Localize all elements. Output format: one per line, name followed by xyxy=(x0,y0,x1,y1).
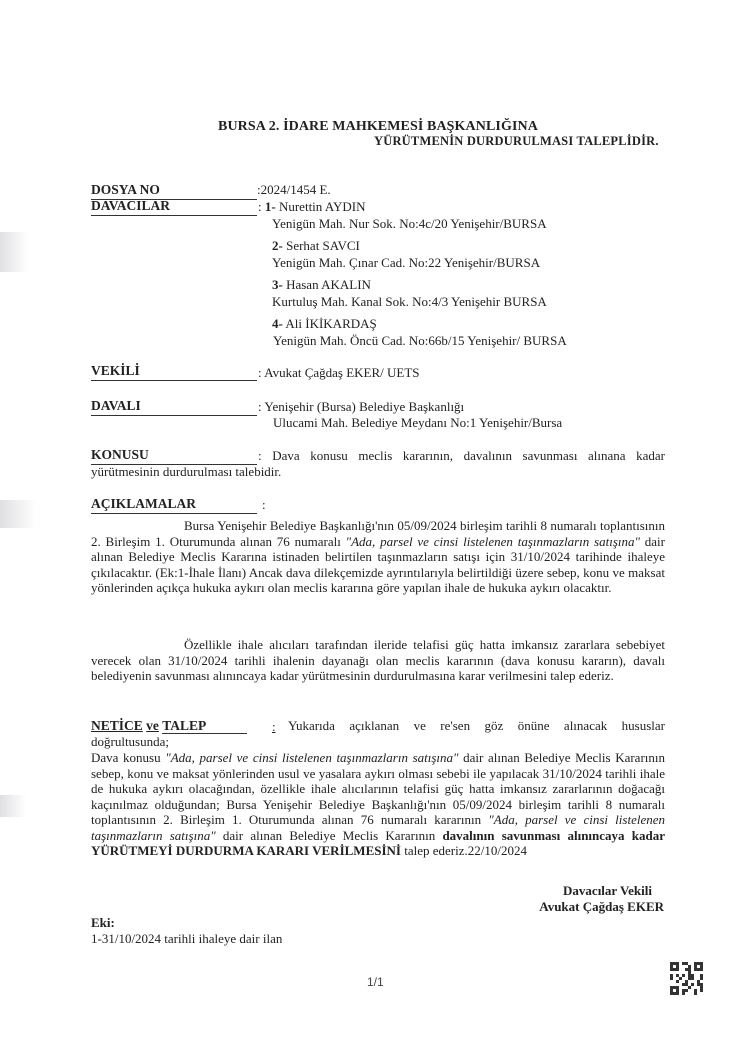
file-no-label: DOSYA NO xyxy=(91,182,160,198)
attachment-item: 1-31/10/2024 tarihli ihaleye dair ilan xyxy=(91,931,282,947)
scan-artifact xyxy=(0,500,36,528)
scan-artifact xyxy=(0,795,26,817)
file-no-value: :2024/1454 E. xyxy=(257,181,331,198)
plaintiff-name: Hasan AKALIN xyxy=(286,277,371,292)
plaintiff-number: 3- xyxy=(272,277,283,292)
subject-line-1: : Dava konusu meclis kararının, davalını… xyxy=(258,447,665,464)
plaintiff-name: Serhat SAVCI xyxy=(286,238,360,253)
defendant-address: Ulucami Mah. Belediye Meydanı No:1 Yeniş… xyxy=(273,414,562,431)
decision-title-quote: "Ada, parsel ve cinsi listelenen taşınma… xyxy=(165,750,458,765)
plaintiff-address: Yenigün Mah. Öncü Cad. No:66b/15 Yenişeh… xyxy=(273,332,567,349)
label-underline xyxy=(91,513,257,514)
plaintiffs-label: DAVACILAR xyxy=(91,198,170,214)
page-number: 1/1 xyxy=(367,975,384,989)
attachments-label: Eki: xyxy=(91,915,115,931)
plaintiff-4: 4- Ali İKİKARDAŞ xyxy=(272,315,377,332)
qr-code-icon xyxy=(670,962,703,995)
plaintiff-name: Nurettin AYDIN xyxy=(279,199,366,214)
plaintiff-name: Ali İKİKARDAŞ xyxy=(285,316,376,331)
label-underline xyxy=(91,415,257,416)
scan-artifact xyxy=(0,232,28,272)
conclusion-paragraph: Dava konusu "Ada, parsel ve cinsi listel… xyxy=(91,750,665,859)
plaintiff-number: 4- xyxy=(272,316,283,331)
label-underline xyxy=(91,380,257,381)
court-title: BURSA 2. İDARE MAHKEMESİ BAŞKANLIĞINA xyxy=(218,119,538,135)
signature-title: Davacılar Vekili xyxy=(563,883,652,899)
plaintiff-address: Kurtuluş Mah. Kanal Sok. No:4/3 Yenişehi… xyxy=(272,293,547,310)
attorney-value: : Avukat Çağdaş EKER/ UETS xyxy=(258,364,420,381)
explanations-colon: : xyxy=(262,496,266,513)
explanation-paragraph-2: Özellikle ihale alıcıları tarafından ile… xyxy=(91,637,665,684)
subject-label: KONUSU xyxy=(91,447,149,463)
plaintiff-number: 2- xyxy=(272,238,283,253)
plaintiff-number: 1- xyxy=(265,199,276,214)
plaintiff-1: : 1- Nurettin AYDIN xyxy=(258,198,366,215)
plaintiff-address: Yenigün Mah. Çınar Cad. No:22 Yenişehir/… xyxy=(272,254,540,271)
signature-name: Avukat Çağdaş EKER xyxy=(539,899,664,915)
plaintiff-3: 3- Hasan AKALIN xyxy=(272,276,371,293)
defendant-name: : Yenişehir (Bursa) Belediye Başkanlığı xyxy=(258,398,464,415)
plaintiff-address: Yenigün Mah. Nur Sok. No:4c/20 Yenişehir… xyxy=(272,215,547,232)
request-title: YÜRÜTMENİN DURDURULMASI TALEPLİDİR. xyxy=(374,134,659,149)
decision-title-quote: "Ada, parsel ve cinsi listelenen taşınma… xyxy=(346,534,640,549)
label-underline xyxy=(91,215,257,216)
attorney-label: VEKİLİ xyxy=(91,363,140,379)
subject-line-2: yürütmesinin durdurulması talebidir. xyxy=(91,463,281,480)
plaintiff-2: 2- Serhat SAVCI xyxy=(272,237,360,254)
document-page: BURSA 2. İDARE MAHKEMESİ BAŞKANLIĞINA YÜ… xyxy=(0,0,750,1061)
defendant-label: DAVALI xyxy=(91,398,141,414)
explanations-label: AÇIKLAMALAR xyxy=(91,496,196,512)
conclusion-intro: Yukarıda açıklanan ve re'sen göz önüne a… xyxy=(91,718,665,749)
explanation-paragraph-1: Bursa Yenişehir Belediye Başkanlığı'nın … xyxy=(91,518,665,596)
